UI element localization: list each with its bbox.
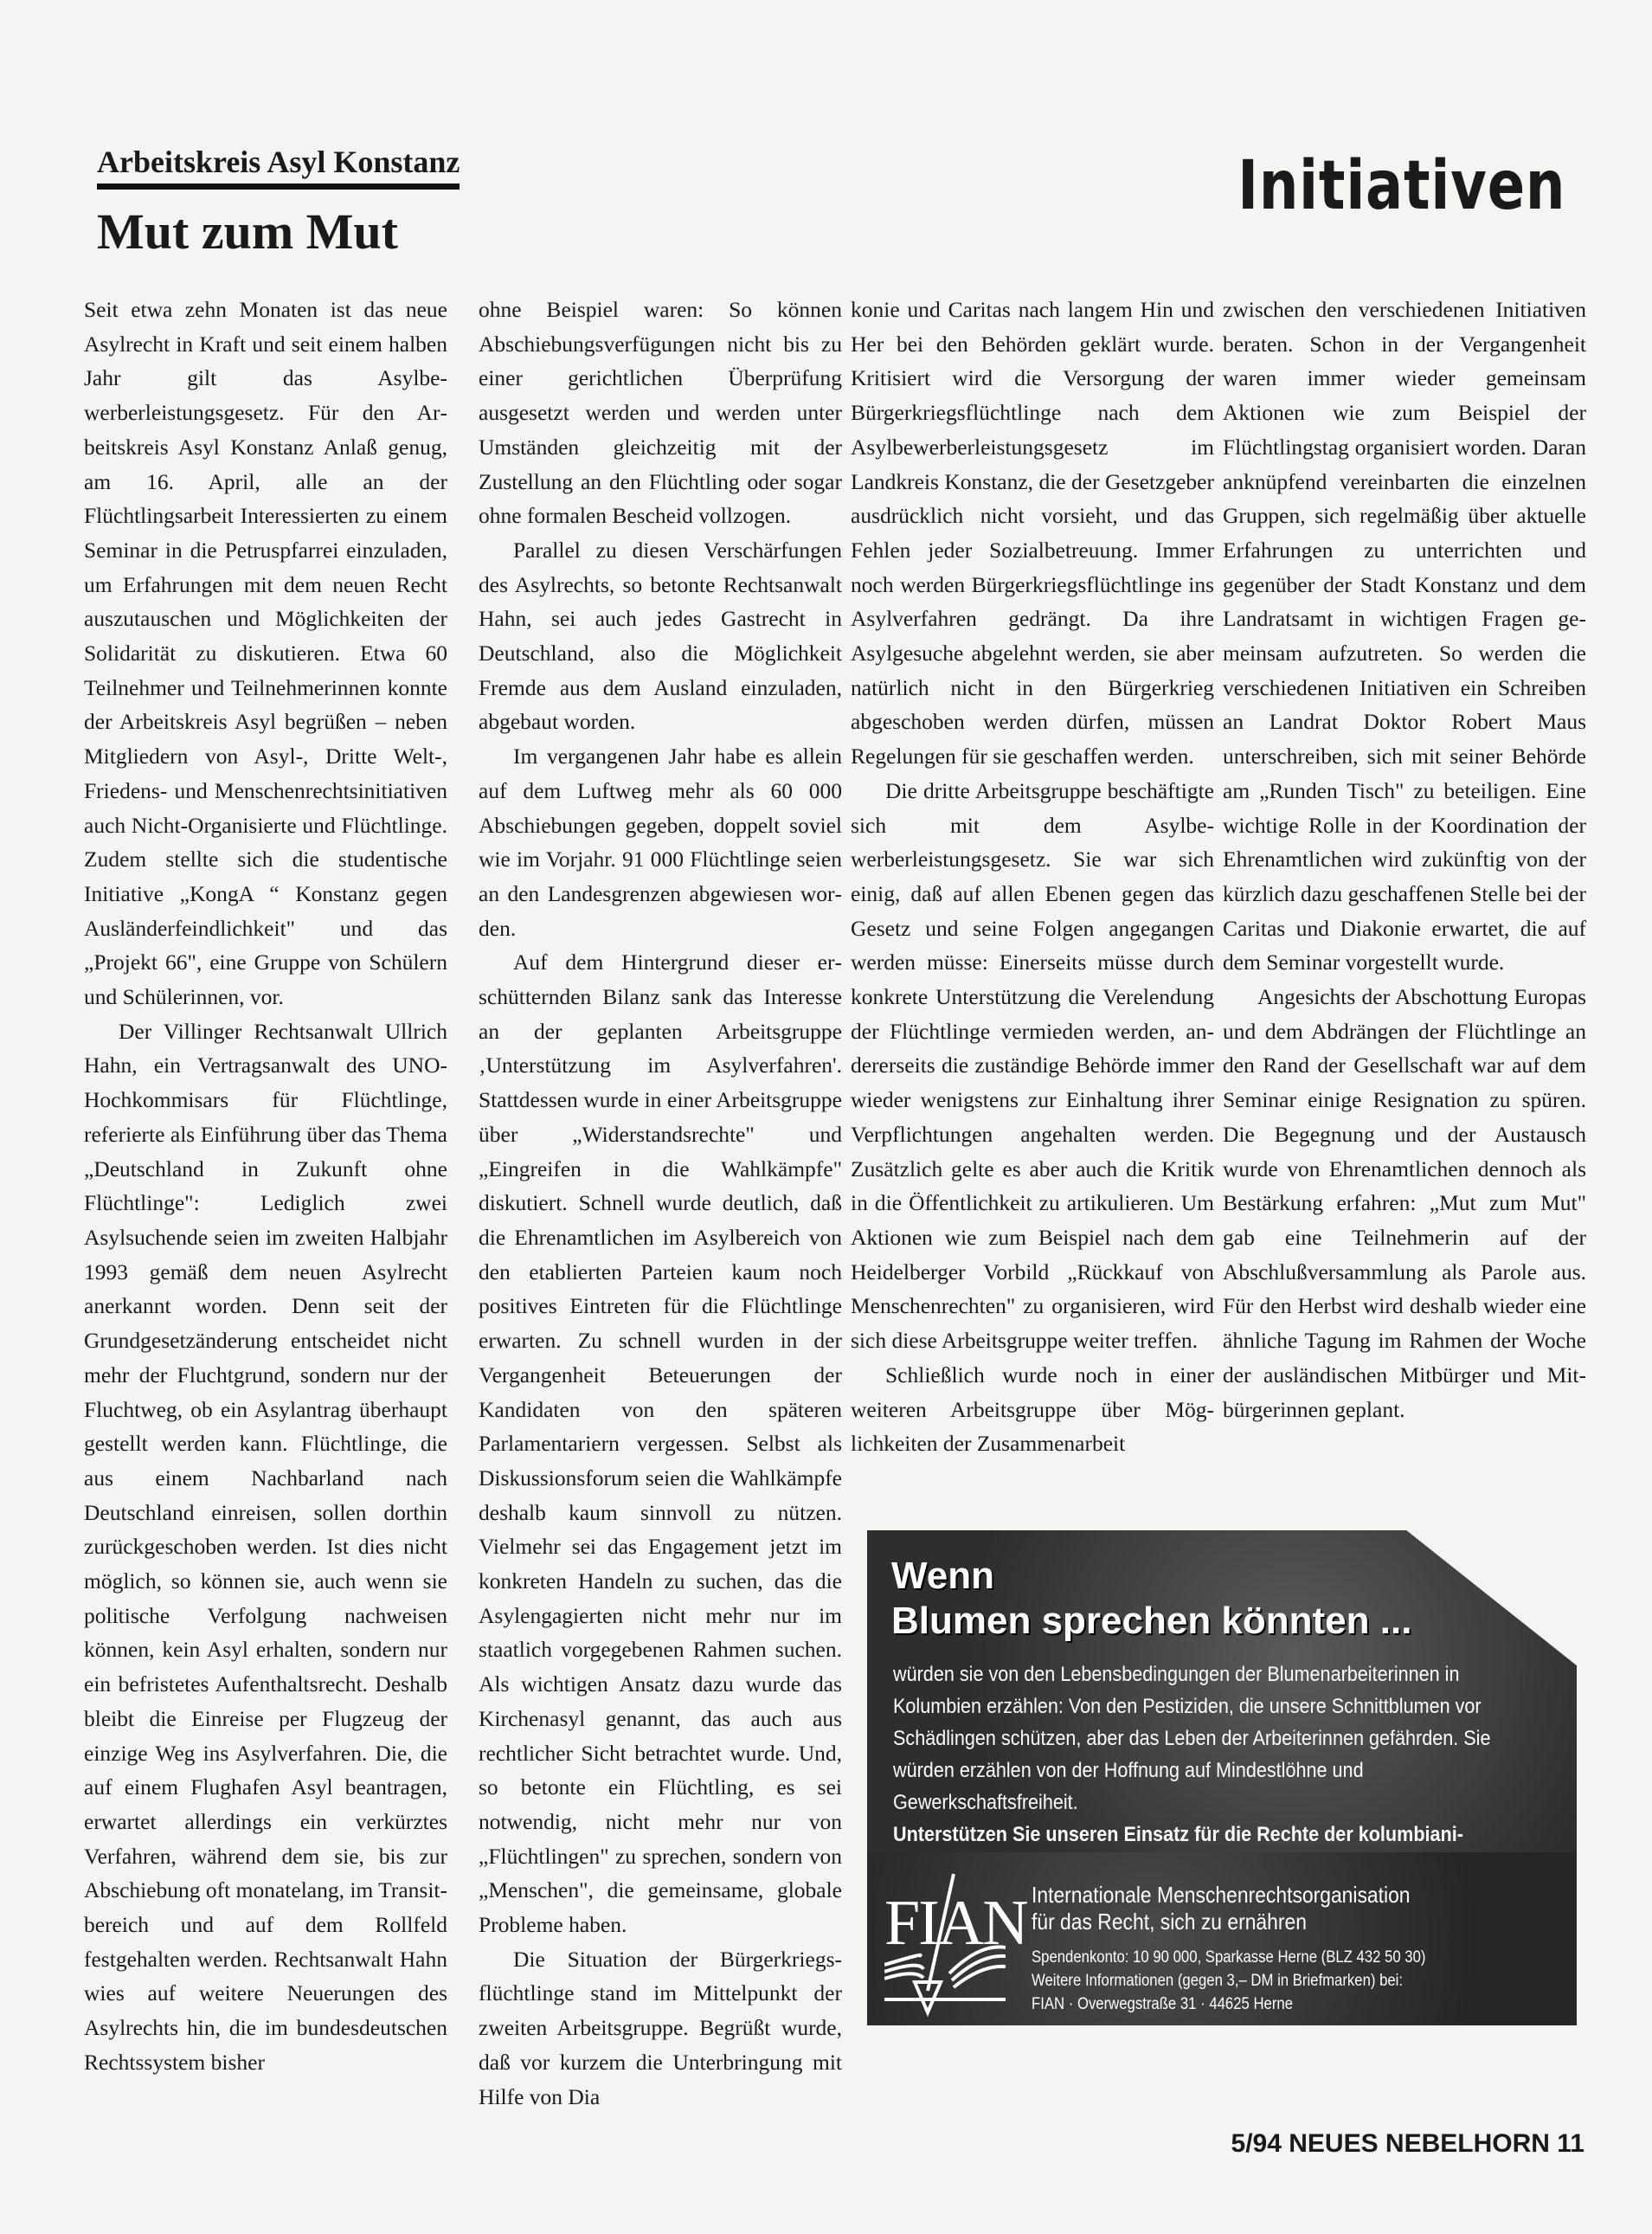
ad-organization: Internationale Menschenrechtsorganisatio… (1032, 1882, 1411, 1935)
ad-address: FIAN · Overwegstraße 31 · 44625 Herne (1032, 1993, 1425, 2016)
ad-org-line2: für das Recht, sich zu ernähren (1032, 1909, 1411, 1935)
fian-logo: FIAN (884, 1870, 1006, 2017)
paragraph: Schließlich wurde noch in einer weiteren… (851, 1358, 1214, 1461)
ad-body: würden sie von den Lebensbedingungen der… (893, 1658, 1493, 1883)
ad-body-text: würden sie von den Lebensbedingungen der… (893, 1663, 1490, 1814)
article-headline: Mut zum Mut (97, 204, 398, 260)
paragraph: Seit etwa zehn Monaten ist das neue Asyl… (84, 293, 447, 1014)
page-folio: 5/94 NEUES NEBELHORN 11 (1231, 2129, 1585, 2159)
paragraph: Auf dem Hintergrund dieser er­schütternd… (479, 945, 842, 1941)
article-kicker: Arbeitskreis Asyl Konstanz (97, 145, 460, 190)
paragraph: Die dritte Arbeitsgruppe be­schäftigte s… (851, 774, 1214, 1358)
paragraph: konie und Caritas nach langem Hin und He… (851, 293, 1214, 774)
paragraph: zwischen den verschiedenen In­itiativen … (1223, 293, 1586, 980)
ad-contact: Spendenkonto: 10 90 000, Sparkasse Herne… (1032, 1946, 1425, 2016)
paragraph: Parallel zu diesen Verschärfun­gen des A… (479, 533, 842, 739)
paragraph: ohne Beispiel waren: So können Abschiebu… (479, 293, 842, 533)
ad-headline-line2: Blumen sprechen könnten ... (891, 1600, 1411, 1643)
article-column-4: zwischen den verschiedenen In­itiativen … (1223, 293, 1586, 1426)
fian-advertisement: Wenn Blumen sprechen könnten ... würden … (867, 1530, 1577, 1852)
ad-headline-line1: Wenn (891, 1555, 994, 1598)
paragraph: Im vergangenen Jahr habe es allein auf d… (479, 739, 842, 945)
paragraph: Die Situation der Bürgerkriegs­flüchtlin… (479, 1942, 842, 2115)
ad-org-line1: Internationale Menschenrechtsorganisatio… (1032, 1882, 1411, 1909)
spade-field-icon (884, 1870, 1006, 2017)
section-title: Initiativen (1237, 147, 1565, 225)
paragraph: Angesichts der Abschottung Europas und d… (1223, 980, 1586, 1426)
article-column-3: konie und Caritas nach langem Hin und He… (851, 293, 1214, 1461)
ad-info-line: Weitere Informationen (gegen 3,– DM in B… (1032, 1969, 1425, 1993)
article-column-1: Seit etwa zehn Monaten ist das neue Asyl… (84, 293, 447, 2080)
paragraph: Der Villinger Rechtsanwalt Ullrich Hahn,… (84, 1014, 447, 2080)
article-column-2: ohne Beispiel waren: So können Abschiebu… (479, 293, 842, 2114)
ad-bank-account: Spendenkonto: 10 90 000, Sparkasse Herne… (1032, 1946, 1425, 1969)
fian-advertisement-footer: FIAN Internationale Menschenrechtsorgani… (867, 1852, 1577, 2025)
